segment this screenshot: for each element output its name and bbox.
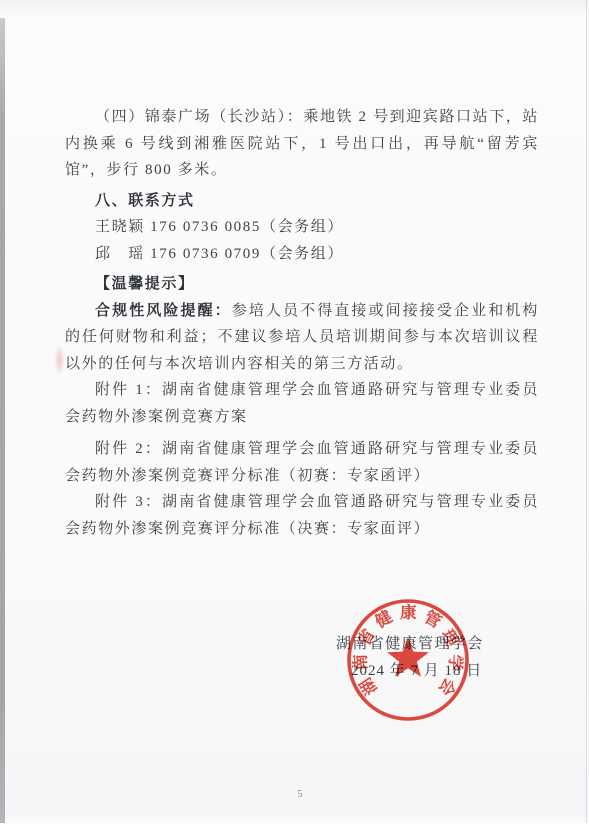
contact-role: （会务组） [261,246,344,262]
contacts-heading: 八、联系方式 [65,188,539,215]
compliance-paragraph: 合规性风险提醒：参培人员不得直接或间接接受企业和机构的任何财物和利益；不建议参培… [65,298,539,378]
notice-heading: 【温馨提示】 [65,271,539,298]
seal-star-icon [387,637,429,677]
contact-name: 王晓颖 [95,219,145,235]
attachment-paragraph-2: 附件 2：湖南省健康管理学会血管通路研究与管理专业委员会药物外渗案例竞赛评分标准… [65,436,539,489]
document-body: （四）锦泰广场（长沙站）：乘地铁 2 号到迎宾路口站下，站内换乘 6 号线到湘雅… [65,104,539,542]
contact-row: 王晓颖 176 0736 0085（会务组） [65,214,539,241]
compliance-lead: 合规性风险提醒： [95,302,232,319]
contact-row: 邱 瑶 176 0736 0709（会务组） [65,241,539,268]
contact-phone: 176 0736 0709 [150,246,261,262]
page-number: 5 [290,789,310,800]
org-seal: 湖南省健康管理学会 [343,595,473,725]
attachment-paragraph-1: 附件 1：湖南省健康管理学会血管通路研究与管理专业委员会药物外渗案例竞赛方案 [65,377,539,430]
contact-role: （会务组） [261,219,344,235]
scan-edge-right [586,0,587,823]
document-page: （四）锦泰广场（长沙站）：乘地铁 2 号到迎宾路口站下，站内换乘 6 号线到湘雅… [0,0,589,832]
scan-edge-bottom [0,823,589,832]
attachment-paragraph-3: 附件 3：湖南省健康管理学会血管通路研究与管理专业委员会药物外渗案例竞赛评分标准… [65,489,539,542]
location-paragraph: （四）锦泰广场（长沙站）：乘地铁 2 号到迎宾路口站下，站内换乘 6 号线到湘雅… [65,104,539,184]
contact-phone: 176 0736 0085 [150,219,261,235]
scan-edge-left [0,18,5,823]
scan-smudge [56,346,63,374]
contact-name: 邱 瑶 [95,246,145,262]
